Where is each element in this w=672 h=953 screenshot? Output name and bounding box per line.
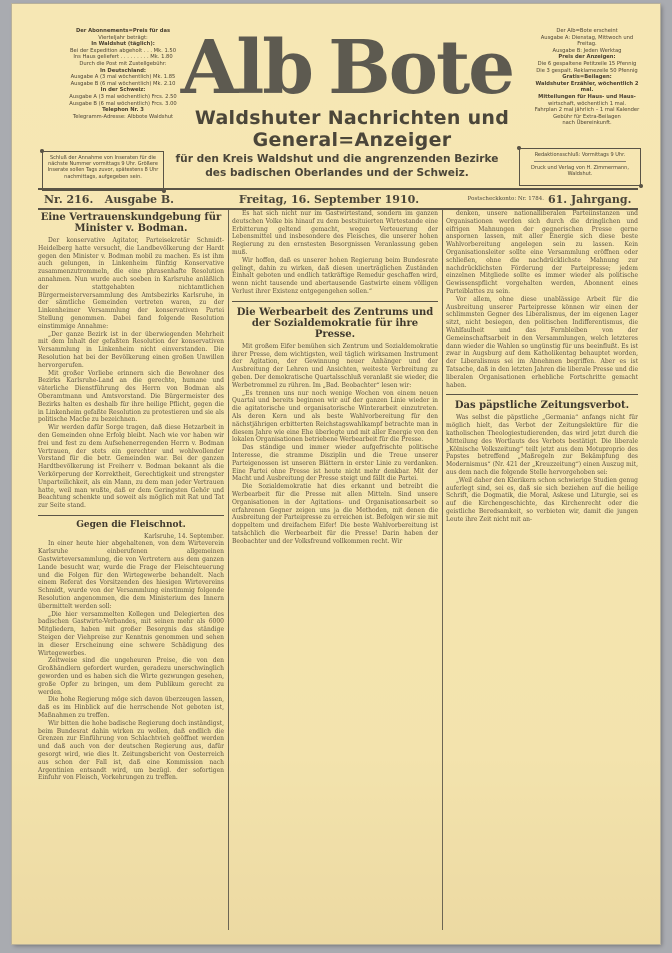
- text: In Waldshut (täglich):: [48, 41, 198, 48]
- text: Preis der Anzeigen:: [532, 54, 642, 61]
- issue-number-text: Nr. 216.: [44, 193, 93, 206]
- article-separator: [232, 301, 438, 302]
- title-right: Bote: [328, 25, 513, 111]
- article-paragraph: „Die hier versammelten Kollegen und Dele…: [38, 611, 224, 658]
- article-separator: [446, 394, 638, 395]
- text: Ausgabe A (3 mal wöchentlich) Frcs. 2.50: [48, 94, 198, 101]
- newspaper-title: Alb Bote: [182, 28, 512, 108]
- column-1: Eine Vertrauenskundgebung für Minister v…: [38, 210, 224, 930]
- text: Gratis=Beilagen:: [532, 74, 642, 81]
- divider: [534, 161, 626, 162]
- publisher-box: Redaktionsschluß: Vormittags 9 Uhr. Druc…: [519, 148, 641, 186]
- region-line-2: des badischen Oberlandes und der Schweiz…: [162, 166, 512, 180]
- column-2: Es hat sich nicht nur im Gastwirtestand,…: [232, 210, 438, 930]
- text: Mitteilungen für Haus- und Haus-: [532, 94, 642, 101]
- column-rule: [228, 210, 229, 930]
- article-paragraph: Zeitweise sind die ungeheuren Preise, di…: [38, 657, 224, 696]
- article-dateline: Karlsruhe, 14. September.: [38, 533, 224, 541]
- edition-text: Ausgabe B.: [105, 193, 174, 206]
- newspaper-page: Der Abonnements=Preis für das Vierteljah…: [12, 4, 660, 944]
- editorial-deadline: Redaktionsschluß: Vormittags 9 Uhr.: [524, 152, 636, 158]
- article-headline: Gegen die Fleischnot.: [38, 522, 224, 530]
- text: Ausgabe B (6 mal wöchentlich) Mk. 2.10: [48, 81, 198, 88]
- article-paragraph: Das ständige und immer wieder aufgefrisc…: [232, 444, 438, 483]
- text: In Deutschland:: [48, 68, 198, 75]
- article-paragraph: „Es trennen uns nur noch wenige Wochen v…: [232, 390, 438, 445]
- article-headline: Das päpstliche Zeitungsverbot.: [446, 400, 638, 411]
- text: Ausgabe B: Jeden Werktag: [532, 48, 642, 55]
- article-paragraph: Mit großem Eifer bemühen sich Zentrum un…: [232, 343, 438, 390]
- article-paragraph: Wir werden dafür Sorge tragen, daß diese…: [38, 424, 224, 510]
- volume: 61. Jahrgang.: [548, 193, 638, 206]
- deadline-notice-text: Schluß der Annahme von Inseraten für die…: [48, 155, 159, 180]
- text: Bei der Expedition abgeholt . . . Mk. 1.…: [48, 48, 198, 55]
- article-paragraph: „Weil daher den Klerikern schon schwieri…: [446, 477, 638, 524]
- article-paragraph: Was selbst die päpstliche „Germania“ anf…: [446, 414, 638, 476]
- article-paragraph: Mit großer Vorliebe erinnern sich die Be…: [38, 370, 224, 425]
- text: Durch die Post mit Zustellgebühr:: [48, 61, 198, 68]
- issue-number: Nr. 216. Ausgabe B.: [38, 193, 194, 206]
- article-columns: Eine Vertrauenskundgebung für Minister v…: [38, 210, 638, 930]
- article-paragraph: Die hohe Regierung möge sich davon überz…: [38, 696, 224, 719]
- region-line-1: für den Kreis Waldshut und die angrenzen…: [162, 152, 512, 166]
- article-paragraph: Vor allem, ohne diese unablässige Arbeit…: [446, 296, 638, 390]
- article-paragraph: Es hat sich nicht nur im Gastwirtestand,…: [232, 210, 438, 257]
- column-rule: [442, 210, 443, 930]
- text: Die 6 gespaltene Petitzeile 15 Pfennig: [532, 61, 642, 68]
- article-headline: Eine Vertrauenskundgebung für Minister v…: [38, 212, 224, 234]
- article-paragraph: In einer heute hier abgehaltenen, von de…: [38, 540, 224, 610]
- issue-date: Freitag, 16. September 1910.: [194, 193, 464, 206]
- text: Die 3 gespalt. Reklamezeile 50 Pfennig: [532, 68, 642, 75]
- article-paragraph: Wir bitten die hohe badische Regierung d…: [38, 720, 224, 782]
- title-left: Alb: [181, 25, 312, 111]
- postal-account: Postscheckkonto: Nr. 1784.: [464, 196, 548, 202]
- dateline: Nr. 216. Ausgabe B. Freitag, 16. Septemb…: [38, 188, 638, 210]
- article-paragraph: Der konservative Agitator, Parteisekretä…: [38, 237, 224, 331]
- text: Vierteljahr beträgt:: [48, 35, 198, 42]
- article-paragraph: „Der ganze Bezirk ist in der überwiegend…: [38, 331, 224, 370]
- column-3: denken, unsere nationalliberalen Parteii…: [446, 210, 638, 930]
- text: Waldshuter Erzähler, wöchentlich 2 mal.: [532, 81, 642, 94]
- article-headline: Die Werbearbeit des Zentrums und der Soz…: [232, 307, 438, 340]
- deadline-notice-box: Schluß der Annahme von Inseraten für die…: [42, 151, 164, 191]
- subtitle: Waldshuter Nachrichten und General=Anzei…: [92, 107, 612, 151]
- article-separator: [38, 515, 224, 516]
- publisher-text: Druck und Verlag von H. Zimmermann, Wald…: [524, 165, 636, 177]
- masthead: Der Abonnements=Preis für das Vierteljah…: [12, 4, 660, 194]
- article-paragraph: denken, unsere nationalliberalen Parteii…: [446, 210, 638, 296]
- article-paragraph: Wir hoffen, daß es unserer hohen Regieru…: [232, 257, 438, 296]
- text: Ausgabe A: Dienstag, Mittwoch und Freita…: [532, 35, 642, 48]
- text: Ins Haus geliefert . . . . . . . . . Mk.…: [48, 54, 198, 61]
- text: Der Abonnements=Preis für das: [48, 28, 198, 35]
- text: Der Alb=Bote erscheint: [532, 28, 642, 35]
- text: Ausgabe A (3 mal wöchentlich) Mk. 1.85: [48, 74, 198, 81]
- region-line: für den Kreis Waldshut und die angrenzen…: [162, 152, 512, 180]
- article-paragraph: Die Sozialdemokratie hat dies erkannt un…: [232, 483, 438, 545]
- text: In der Schweiz:: [48, 87, 198, 94]
